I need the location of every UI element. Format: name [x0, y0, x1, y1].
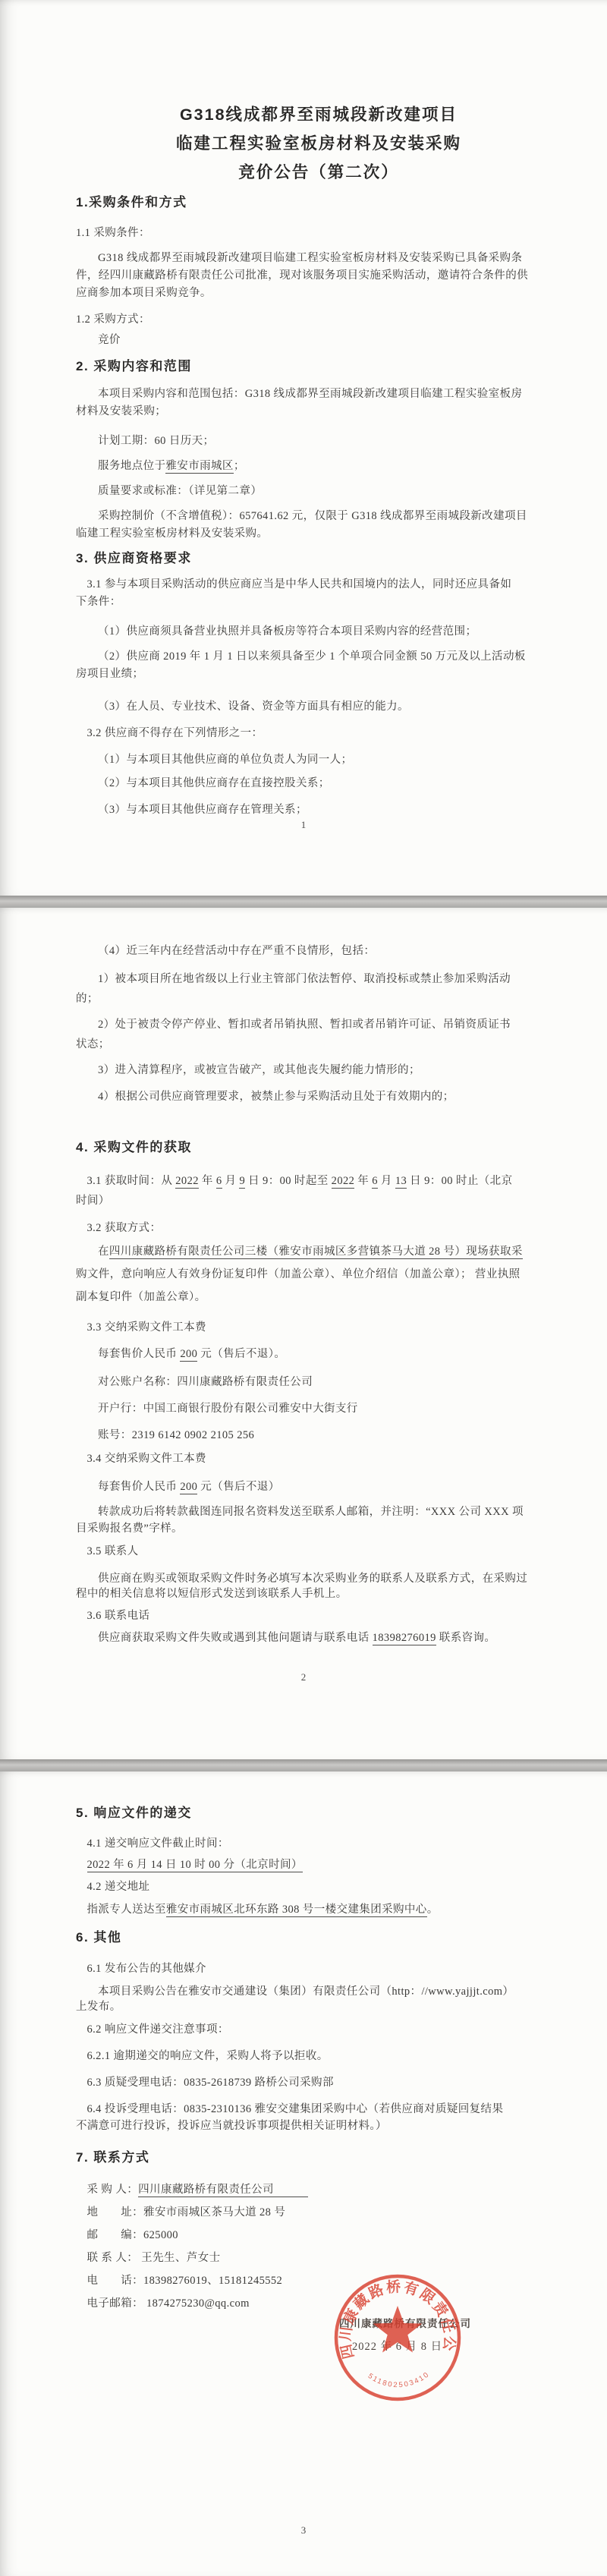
seal-date: 2022 年 6 月 8 日 [352, 2338, 442, 2354]
section-heading: 6. 其他 [76, 1928, 561, 1948]
body-line: 采 购 人：四川康藏路桥有限责任公司 [76, 2181, 561, 2199]
underlined-text: 2022 [175, 1175, 199, 1189]
text-run: 2）处于被责令停产停业、暂扣或者吊销执照、暂扣或者吊销许可证、吊销资质证书 [98, 1019, 511, 1031]
body-line: 电子邮箱： 1874275230@qq.com [76, 2294, 561, 2313]
text-run: 时间） [76, 1195, 110, 1207]
text-run: 月 [222, 1175, 240, 1187]
body-line: 每套售价人民币 200 元（售后不退） [76, 1479, 561, 1496]
body-line: 3.6 联系电话 [76, 1608, 561, 1625]
underlined-text: 13 [395, 1175, 407, 1189]
underlined-text: 200 [180, 1481, 197, 1494]
page-2: （4）近三年内在经营活动中存在严重不良情形，包括：1）被本项目所在地省级以上行业… [0, 908, 607, 1759]
text-run: 1）被本项目所在地省级以上行业主管部门依法暂停、取消投标或禁止参加采购活动 [98, 973, 511, 985]
underlined-text: 四川康藏路桥有限责任公司三楼（雅安市雨城区多营镇茶马大道 28 号）现场获取采 [109, 1245, 523, 1259]
body-line: 6.3 质疑受理电话：0835-2618739 路桥公司采购部 [76, 2074, 561, 2092]
body-line: 供应商在购买或领取采购文件时务必填写本次采购业务的联系人及联系方式，在采购过程中… [76, 1571, 561, 1601]
body-line: 开户行：中国工商银行股份有限公司雅安中大街支行 [76, 1400, 561, 1418]
body-line: （1）与本项目其他供应商的单位负责人为同一人； [76, 751, 561, 769]
body-line: （1）供应商须具备营业执照并具备板房等符合本项目采购内容的经营范围； [76, 623, 561, 641]
text-run: 服务地点位于 [98, 460, 165, 472]
body-line: 1）被本项目所在地省级以上行业主管部门依法暂停、取消投标或禁止参加采购活动的； [76, 969, 561, 1009]
underlined-text: 6 [372, 1175, 378, 1189]
body-line: G318 线成都界至雨城段新改建项目临建工程实验室板房材料及安装采购已具备采购条… [76, 250, 561, 302]
doc-title-line: G318线成都界至雨城段新改建项目 [76, 100, 561, 129]
page-seam [0, 1759, 607, 1771]
page-seam [0, 896, 607, 908]
body-line: 服务地点位于雅安市雨城区； [76, 458, 561, 475]
body-line: 3.2 供应商不得存在下列情形之一： [76, 725, 561, 742]
text-run: 下条件： [76, 596, 121, 608]
underlined-text: 18398276019 [373, 1632, 436, 1645]
body-line: 6.1 发布公告的其他媒介 [76, 1960, 561, 1978]
text-run: 状态； [76, 1038, 110, 1050]
text-run: 件，经四川康藏路桥有限责任公司批准，现对该服务项目实施采购活动，邀请符合条件的供 [76, 269, 528, 282]
underlined-text: 9 [239, 1175, 245, 1189]
body-line: 4）根据公司供应商管理要求，被禁止参与采购活动且处于有效期内的； [76, 1088, 561, 1106]
section-heading: 2. 采购内容和范围 [76, 357, 561, 376]
body-line: 6.2.1 逾期递交的响应文件，采购人将予以拒收。 [76, 2048, 561, 2065]
text-run: 元（售后不退） [197, 1481, 279, 1493]
text-run: 供应商在购买或领取采购文件时务必填写本次采购业务的联系人及联系方式，在采购过 [98, 1573, 527, 1585]
page-1: G318线成都界至雨城段新改建项目临建工程实验室板房材料及安装采购竞价公告（第二… [0, 0, 607, 896]
text-run: 在 [98, 1245, 109, 1258]
text-run: 不满意可进行投诉，投诉应当就投诉事项提供相关证明材料。） [76, 2120, 387, 2132]
text-run: 的； [76, 993, 99, 1005]
body-line: 账号：2319 6142 0902 2105 256 [76, 1427, 561, 1444]
section-heading: 3. 供应商资格要求 [76, 549, 561, 568]
underlined-text: 200 [180, 1348, 197, 1362]
underlined-text: 2022 年 6 月 14 日 10 时 00 分（北京时间） [87, 1859, 303, 1872]
body-line: 3）进入清算程序，或被宣告破产，或其他丧失履约能力情形的； [76, 1062, 561, 1079]
text-run: 3.1 参与本项目采购活动的供应商应当是中华人民共和国境内的法人，同时还应具备如 [87, 578, 512, 590]
text-run: 本项目采购公告在雅安市交通建设（集团）有限责任公司（http：//www.yaj… [98, 1986, 514, 1998]
text-run: 转款成功后将转款截图连同报名资料发送至联系人邮箱，并注明：“XXX 公司 XXX… [98, 1506, 524, 1518]
body-line: 供应商获取采购文件失败或遇到其他问题请与联系电话 18398276019 联系咨… [76, 1630, 561, 1647]
body-line: 2022 年 6 月 14 日 10 时 00 分（北京时间） [76, 1856, 561, 1874]
section-heading: 7. 联系方式 [76, 2148, 561, 2168]
text-run: 采 购 人： [87, 2184, 139, 2196]
body-line: 3.2 获取方式： [76, 1220, 561, 1237]
text-run: 供应商获取采购文件失败或遇到其他问题请与联系电话 [98, 1632, 373, 1644]
body-line: 4.1 递交响应文件截止时间： [76, 1835, 561, 1853]
body-line: 转款成功后将转款截图连同报名资料发送至联系人邮箱，并注明：“XXX 公司 XXX… [76, 1504, 561, 1537]
body-line: 本项目采购内容和范围包括：G318 线成都界至雨城段新改建项目临建工程实验室板房… [76, 386, 561, 420]
body-line: 每套售价人民币 200 元（售后不退）。 [76, 1346, 561, 1363]
text-run: 元（售后不退）。 [197, 1348, 285, 1360]
body-line: 1.1 采购条件： [76, 225, 561, 242]
body-line: （4）近三年内在经营活动中存在严重不良情形，包括： [76, 943, 561, 960]
text-run: 副本复印件（加盖公章）。 [76, 1291, 206, 1303]
doc-title-line: 竞价公告（第二次） [76, 158, 561, 187]
page-number: 2 [0, 1671, 607, 1683]
body-line: 3.1 获取时间：从 2022 年 6 月 9 日 9：00 时起至 2022 … [76, 1171, 561, 1211]
body-line: （2）与本项目其他供应商存在直接控股关系； [76, 775, 561, 792]
page-3: 5. 响应文件的递交4.1 递交响应文件截止时间：2022 年 6 月 14 日… [0, 1771, 607, 2576]
body-line: 对公账户名称：四川康藏路桥有限责任公司 [76, 1374, 561, 1391]
underlined-text: 2022 [332, 1175, 355, 1189]
body-line: 6.4 投诉受理电话：0835-2310136 雅安交建集团采购中心（若供应商对… [76, 2101, 561, 2134]
body-line: 在四川康藏路桥有限责任公司三楼（雅安市雨城区多营镇茶马大道 28 号）现场获取采… [76, 1240, 561, 1308]
body-line: （3）在人员、专业技术、设备、资金等方面具有相应的能力。 [76, 698, 561, 716]
text-run: 日 9：00 时起至 [245, 1175, 332, 1187]
body-line: 本项目采购公告在雅安市交通建设（集团）有限责任公司（http：//www.yaj… [76, 1984, 561, 2014]
doc-title-line: 临建工程实验室板房材料及安装采购 [76, 129, 561, 158]
page-number: 3 [0, 2524, 607, 2537]
text-run: 3.1 获取时间：从 [87, 1175, 176, 1187]
text-run: ； [234, 460, 245, 472]
scanned-document: G318线成都界至雨城段新改建项目临建工程实验室板房材料及安装采购竞价公告（第二… [0, 0, 607, 2576]
text-run: 联系咨询。 [436, 1632, 496, 1644]
text-run: （2）供应商 2019 年 1 月 1 日以来须具备至少 1 个单项合同金额 5… [98, 650, 526, 663]
body-line: 电 话：18398276019、15181245552 [76, 2272, 561, 2290]
underlined-text: 雅安市雨城区北环东路 308 号一楼交建集团采购中心 [166, 1904, 427, 1917]
body-line: （2）供应商 2019 年 1 月 1 日以来须具备至少 1 个单项合同金额 5… [76, 648, 561, 683]
text-run: 指派专人送达至 [87, 1904, 166, 1916]
underlined-text: 6 [216, 1175, 222, 1189]
text-run: 购文件，意向响应人有效身份证复印件（加盖公章）、单位介绍信（加盖公章）； 营业执… [76, 1268, 521, 1280]
text-run: 每套售价人民币 [98, 1348, 180, 1360]
page-number: 1 [0, 819, 607, 831]
section-heading: 5. 响应文件的递交 [76, 1803, 561, 1823]
seal-company-name: 四川康藏路桥有限责任公司 [339, 2315, 471, 2330]
body-line: 联 系 人： 王先生、芦女士 [76, 2249, 561, 2267]
body-line: 采购控制价（不含增值税）：657641.62 元，仅限于 G318 线成都界至雨… [76, 508, 561, 543]
body-line: 邮 编：625000 [76, 2226, 561, 2244]
text-run: G318 线成都界至雨城段新改建项目临建工程实验室板房材料及安装采购已具备采购条 [98, 252, 522, 264]
body-line: 质量要求或标准：（详见第二章） [76, 483, 561, 500]
text-run: 本项目采购内容和范围包括：G318 线成都界至雨城段新改建项目临建工程实验室板房 [98, 388, 522, 400]
text-run: 临建工程实验室板房材料及安装采购。 [76, 527, 268, 540]
section-heading: 4. 采购文件的获取 [76, 1138, 561, 1157]
text-run: 年 [199, 1175, 216, 1187]
body-line: 计划工期：60 日历天； [76, 433, 561, 450]
text-run: 应商参加本项目采购竞争。 [76, 287, 212, 299]
body-line: 3.3 交纳采购文件工本费 [76, 1319, 561, 1337]
body-line: 地 址：雅安市雨城区茶马大道 28 号 [76, 2203, 561, 2222]
body-line: 3.1 参与本项目采购活动的供应商应当是中华人民共和国境内的法人，同时还应具备如… [76, 576, 561, 611]
text-run: 年 [354, 1175, 372, 1187]
text-run: 目采购报名费”字样。 [76, 1523, 183, 1535]
text-run: 6.4 投诉受理电话：0835-2310136 雅安交建集团采购中心（若供应商对… [87, 2103, 504, 2115]
body-line: 6.2 响应文件递交注意事项： [76, 2021, 561, 2039]
text-run: 材料及安装采购； [76, 405, 166, 417]
body-line: 指派专人送达至雅安市雨城区北环东路 308 号一楼交建集团采购中心。 [76, 1901, 561, 1919]
body-line: 3.5 联系人 [76, 1543, 561, 1560]
text-run: 。 [427, 1904, 439, 1916]
section-heading: 1.采购条件和方式 [76, 193, 561, 213]
underlined-text: 雅安市雨城区 [165, 460, 233, 474]
body-line: 1.2 采购方式： [76, 311, 561, 329]
text-run: 月 [378, 1175, 395, 1187]
underlined-text: 四川康藏路桥有限责任公司 [138, 2184, 308, 2197]
text-run: 上发布。 [76, 2001, 121, 2013]
text-run: 程中的相关信息将以短信形式发送到该联系人手机上。 [76, 1588, 348, 1600]
body-line: （3）与本项目其他供应商存在管理关系； [76, 801, 561, 819]
body-line: 竞价 [76, 332, 561, 349]
body-line: 2）处于被责令停产停业、暂扣或者吊销执照、暂扣或者吊销许可证、吊销资质证书状态； [76, 1015, 561, 1054]
body-line: 4.2 递交地址 [76, 1878, 561, 1896]
text-run: 日 9：00 时止（北京 [407, 1175, 512, 1187]
text-run: 每套售价人民币 [98, 1481, 180, 1493]
text-run: 采购控制价（不含增值税）：657641.62 元，仅限于 G318 线成都界至雨… [98, 510, 527, 522]
text-run: 房项目业绩； [76, 668, 143, 680]
body-line: 3.4 交纳采购文件工本费 [76, 1450, 561, 1468]
